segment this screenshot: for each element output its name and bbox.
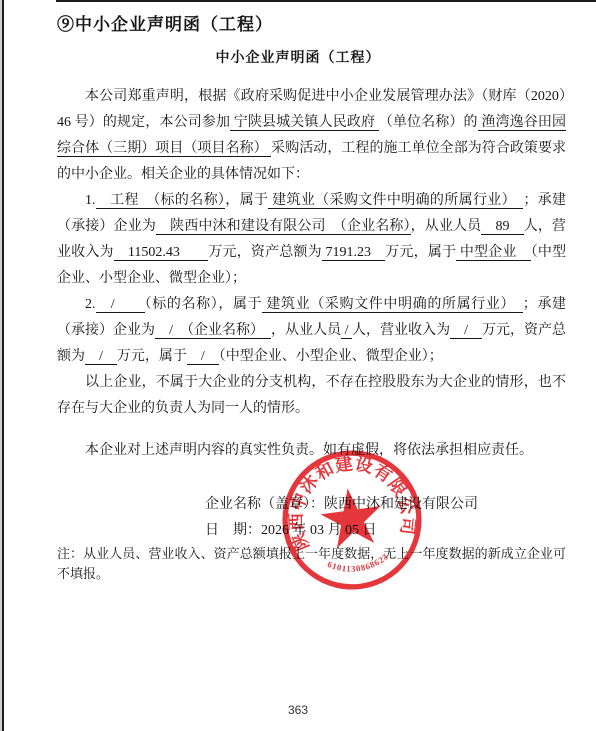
company-name-line-company_label: 企业名称（盖章）： xyxy=(205,497,324,512)
form-fill-value: 11502.43 xyxy=(114,245,209,261)
form-fill-value: 建筑业（采购文件中明确的所属行业） xyxy=(262,297,523,313)
no-large-enterprise-paragraph: 以上企业，不属于大企业的分支机构，不存在控股股东为大企业的情形，也不存在与大企业… xyxy=(57,370,566,422)
date-line-date_label: 日 期： xyxy=(205,523,261,538)
form-fill-value: / （企业名称） xyxy=(155,323,271,339)
text-run: 万元，属于 xyxy=(385,245,456,260)
form-fill-value: / xyxy=(450,323,482,339)
form-fill-value: / xyxy=(187,349,219,365)
date-line-date_value: 2026 年 03 月 05 日 xyxy=(261,523,377,538)
footnote: 注：从业人员、营业收入、资产总额填报上一年度数据，无上一年度数据的新成立企业可不… xyxy=(57,544,566,584)
form-fill-value: 89 xyxy=(481,219,523,235)
text-run: （标的名称），属于 xyxy=(145,297,263,312)
form-fill-value: 宁陕县城关镇人民政府 xyxy=(230,115,379,131)
text-run: 万元，资产总额为 xyxy=(208,245,321,260)
text-run: ，属于 xyxy=(225,193,268,208)
scan-top-border-line xyxy=(56,0,596,2)
text-run: ，从业人员 xyxy=(411,219,482,234)
form-fill-value: 建筑业（采购文件中明确的所属行业） xyxy=(268,193,523,209)
form-fill-value: / xyxy=(96,297,145,313)
declaration-document-page: ⑨中小企业声明函（工程） 中小企业声明函（工程） 本公司郑重声明，根据《政府采购… xyxy=(0,0,596,731)
text-run: 万元，属于 xyxy=(117,349,187,364)
form-fill-value: 陕西中沐和建设有限公司 （企业名称） xyxy=(156,219,411,235)
page-number: 363 xyxy=(0,703,596,717)
form-fill-value: 7191.23 xyxy=(322,245,386,261)
company-name-line-company_name: 陕西中沐和建设有限公司 xyxy=(324,497,478,512)
item-2-paragraph: 2. / （标的名称），属于 建筑业（采购文件中明确的所属行业） ；承建（承接）… xyxy=(57,292,566,370)
form-fill-value: 中型企业 xyxy=(456,245,531,261)
text-run: 2. xyxy=(85,297,96,312)
form-fill-value: 工程 （标的名称） xyxy=(96,193,226,209)
signature-block: 企业名称（盖章）：陕西中沐和建设有限公司日 期：2026 年 03 月 05 日 xyxy=(205,492,566,544)
document-body: 本公司郑重声明，根据《政府采购促进中小企业发展管理办法》（财库（2020）46 … xyxy=(57,84,566,584)
text-run: ，从业人员 xyxy=(271,323,341,338)
scan-left-border-line xyxy=(2,0,4,731)
form-fill-value: / xyxy=(85,349,117,365)
text-run: 本企业对上述声明内容的真实性负责。如有虚假，将依法承担相应责任。 xyxy=(85,443,533,458)
text-run: （单位名称）的 xyxy=(379,115,478,130)
text-run: 人，营业收入为 xyxy=(352,323,450,338)
form-fill-value: / xyxy=(341,323,352,339)
text-run: 1. xyxy=(85,193,96,208)
company-name-line: 企业名称（盖章）：陕西中沐和建设有限公司 xyxy=(205,492,566,518)
responsibility-paragraph: 本企业对上述声明内容的真实性负责。如有虚假，将依法承担相应责任。 xyxy=(57,438,566,464)
date-line: 日 期：2026 年 03 月 05 日 xyxy=(205,518,566,544)
item-1-paragraph: 1. 工程 （标的名称），属于 建筑业（采购文件中明确的所属行业） ；承建（承接… xyxy=(57,188,566,292)
document-title: 中小企业声明函（工程） xyxy=(0,47,596,67)
intro-paragraph: 本公司郑重声明，根据《政府采购促进中小企业发展管理办法》（财库（2020）46 … xyxy=(57,84,566,188)
text-run: （中型企业、小型企业、微型企业）； xyxy=(219,349,443,364)
text-run: 以上企业，不属于大企业的分支机构，不存在控股股东为大企业的情形，也不存在与大企业… xyxy=(57,375,566,416)
section-heading: ⑨中小企业声明函（工程） xyxy=(0,0,596,35)
